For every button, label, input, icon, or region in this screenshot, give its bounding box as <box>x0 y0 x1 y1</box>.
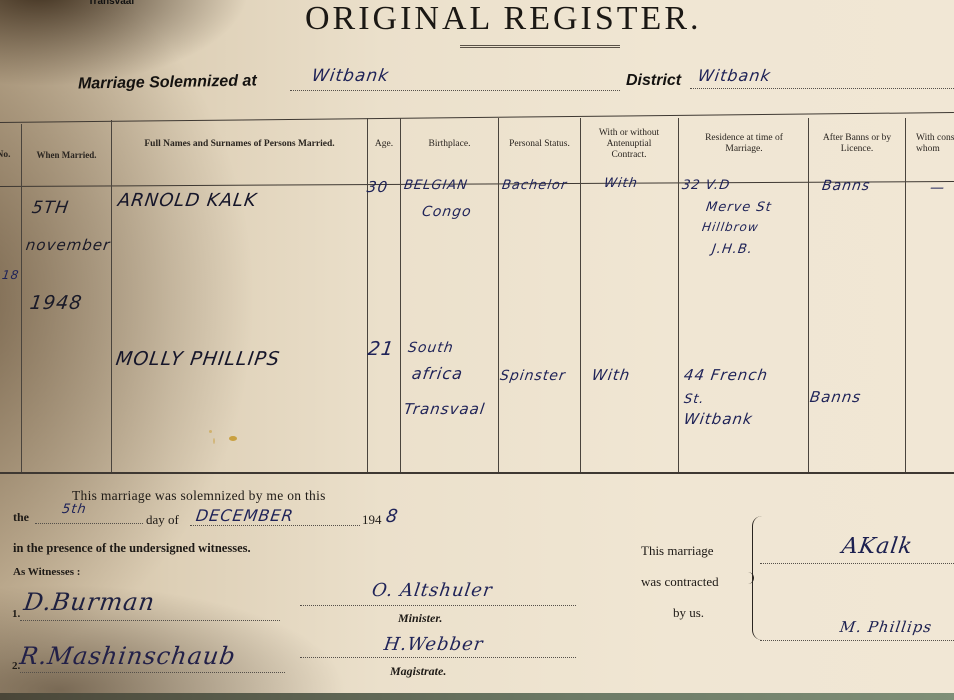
col-divider-2 <box>111 120 112 472</box>
minister-line <box>300 605 576 606</box>
groom-residence-line2: Merve St <box>705 200 773 215</box>
bride-residence-line1: 44 French <box>683 366 770 384</box>
col-header-birthplace: Birthplace. <box>401 122 498 166</box>
col-divider-4 <box>400 118 401 472</box>
solemnized-at-value: Witbank <box>311 66 391 86</box>
presence-statement: in the presence of the undersigned witne… <box>13 541 251 556</box>
day-of-label: day of <box>146 512 179 528</box>
district-value: Witbank <box>697 66 773 85</box>
magistrate-signature: H.Webber <box>383 634 485 655</box>
col-divider-5 <box>498 118 499 472</box>
magistrate-label: Magistrate. <box>390 664 446 679</box>
groom-birthplace-line2: Congo <box>421 204 473 220</box>
contracted-signature-1: AKalk <box>840 534 914 559</box>
col-header-when: When Married. <box>22 125 111 185</box>
contracted-signature-2-line <box>760 640 954 641</box>
col-divider-3 <box>367 118 368 472</box>
col-header-age: Age. <box>368 122 400 166</box>
bride-name: MOLLY PHILLIPS <box>114 348 281 370</box>
bottom-edge <box>0 693 954 700</box>
col-header-banns: After Banns or by Licence. <box>812 124 902 164</box>
bride-birthplace-line3: Transvaal <box>403 400 487 418</box>
col-divider-8 <box>808 118 809 472</box>
bride-contract: With <box>591 366 632 384</box>
bride-birthplace-line1: South <box>407 340 455 356</box>
witness-1-number: 1. <box>12 608 20 620</box>
solemnized-at-line <box>290 90 620 91</box>
col-header-status: Personal Status. <box>499 122 580 166</box>
col-divider-6 <box>580 118 581 472</box>
groom-residence-line4: J.H.B. <box>711 242 754 257</box>
witness-2-line <box>20 672 285 673</box>
contracted-line3: by us. <box>673 605 704 621</box>
col-header-contract: With or without Antenuptial Contract. <box>584 124 674 164</box>
month-value: DECEMBER <box>195 506 295 525</box>
witness-2-signature: R.Mashinschaub <box>18 642 238 670</box>
col-header-consent: With consent of whom <box>908 124 954 164</box>
top-fragment-text: Transvaal <box>88 0 134 7</box>
when-married-year: 1948 <box>28 292 83 314</box>
contracted-line2: was contracted <box>641 574 719 590</box>
contracted-signature-1-line <box>760 563 954 564</box>
witness-1-signature: D.Burman <box>22 588 157 616</box>
when-married-month: november <box>25 236 112 254</box>
bride-status: Spinster <box>499 368 567 384</box>
contracted-signature-2: M. Phillips <box>839 618 934 636</box>
groom-residence-line3: Hillbrow <box>701 220 760 234</box>
witness-1-line <box>20 620 280 621</box>
groom-status: Bachelor <box>501 178 568 193</box>
contracted-line1: This marriage <box>641 543 714 559</box>
the-label: the <box>13 510 29 525</box>
page-title: ORIGINAL REGISTER. <box>305 0 702 38</box>
solemnized-statement: This marriage was solemnized by me on th… <box>72 488 326 504</box>
bride-birthplace-line2: africa <box>411 364 465 383</box>
paper-stain <box>205 428 245 448</box>
bride-residence-line3: Witbank <box>683 410 754 428</box>
groom-residence-line1: 32 V.D <box>681 178 731 193</box>
groom-consent: — <box>929 180 946 196</box>
col-header-names: Full Names and Surnames of Persons Marri… <box>112 122 367 166</box>
minister-signature: O. Altshuler <box>371 580 495 601</box>
witnesses-label: As Witnesses : <box>13 566 80 578</box>
groom-birthplace-line1: BELGIAN <box>403 178 469 193</box>
groom-name: ARNOLD KALK <box>117 190 259 211</box>
magistrate-line <box>300 657 576 658</box>
year-prefix: 194 <box>362 512 382 528</box>
col-header-no: No. <box>0 125 21 185</box>
col-divider-7 <box>678 118 679 472</box>
col-divider-9 <box>905 118 906 472</box>
entry-number: 18 <box>1 268 20 282</box>
month-line <box>190 525 360 526</box>
minister-label: Minister. <box>398 611 442 626</box>
title-underline <box>460 45 620 48</box>
when-married-day: 5TH <box>31 198 71 218</box>
day-line <box>35 523 143 524</box>
bride-residence-line2: St. <box>683 392 706 407</box>
groom-age: 30 <box>366 178 390 196</box>
col-header-residence: Residence at time of Marriage. <box>690 124 798 164</box>
bride-age: 21 <box>366 338 395 360</box>
solemnized-at-label: Marriage Solemnized at <box>78 72 257 93</box>
groom-banns: Banns <box>821 178 871 194</box>
district-label: District <box>626 72 681 90</box>
groom-contract: With <box>603 176 639 191</box>
district-line <box>690 88 954 89</box>
bride-banns: Banns <box>809 388 863 406</box>
table-bottom-border <box>0 472 954 474</box>
day-value: 5th <box>61 502 88 517</box>
